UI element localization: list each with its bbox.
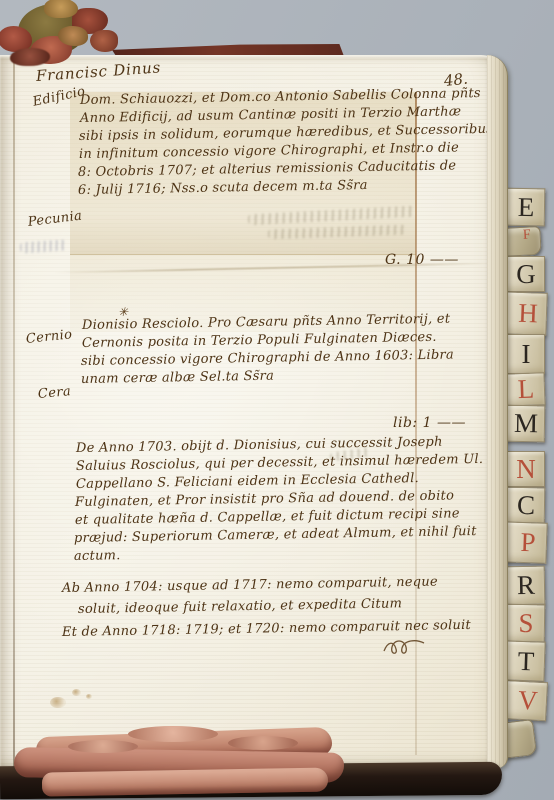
ghost-text xyxy=(20,239,67,253)
tab-letter-I: I xyxy=(508,341,544,368)
tab-letter-T: T xyxy=(508,647,545,675)
p3-line7: actum. xyxy=(74,548,121,564)
paraph-flourish xyxy=(382,637,428,657)
tab-letter-G: G xyxy=(508,261,544,288)
tab-letter-V: V xyxy=(509,686,546,715)
tab-letter-H: H xyxy=(510,300,547,328)
tab-letter-R: R xyxy=(508,572,544,600)
p2-line3: sibi concessio vigore Chirographi de Ann… xyxy=(81,347,454,369)
tab-letter-E: E xyxy=(508,193,544,221)
manuscript-scan: E F G H I L M N C P R S T V Francisc Din… xyxy=(0,0,554,800)
pink-ribbon-decoration xyxy=(8,726,353,800)
ink-stain xyxy=(72,689,81,696)
dried-flower-decoration xyxy=(0,0,124,84)
p2-line4: unam ceræ albæ Sel.ta Ss̃ra xyxy=(81,369,274,387)
p4-line1: Ab Anno 1704: usque ad 1717: nemo compar… xyxy=(62,574,438,596)
book-page: Francisc Dinus 48. Edificio Pecunia Cern… xyxy=(0,55,507,770)
tab-letter-S: S xyxy=(508,609,544,637)
p4-line2: soluit, ideoque fuit relaxatio, et exped… xyxy=(78,596,402,617)
ink-stain xyxy=(86,694,92,699)
tab-letter-F: F xyxy=(523,228,532,242)
amount-grana: G. 10 —— xyxy=(385,252,459,268)
margin-note-cernio: Cernio xyxy=(25,327,73,347)
page-stack-edge xyxy=(487,55,508,768)
tab-letter-M: M xyxy=(508,410,544,438)
p3-line3: Cappellano S. Feliciani eidem in Ecclesi… xyxy=(76,471,419,492)
tab-letter-P: P xyxy=(510,529,547,557)
gutter-line xyxy=(13,55,15,770)
amount-libra: lib: 1 —— xyxy=(393,415,466,431)
ink-stain xyxy=(50,697,66,708)
tab-letter-C: C xyxy=(508,491,544,519)
tab-letter-L: L xyxy=(508,375,545,403)
margin-note-cera: Cera xyxy=(37,384,71,402)
tab-letter-N: N xyxy=(508,456,544,483)
p3-line2: Saluius Rosciolus, qui per decessit, et … xyxy=(76,452,483,474)
